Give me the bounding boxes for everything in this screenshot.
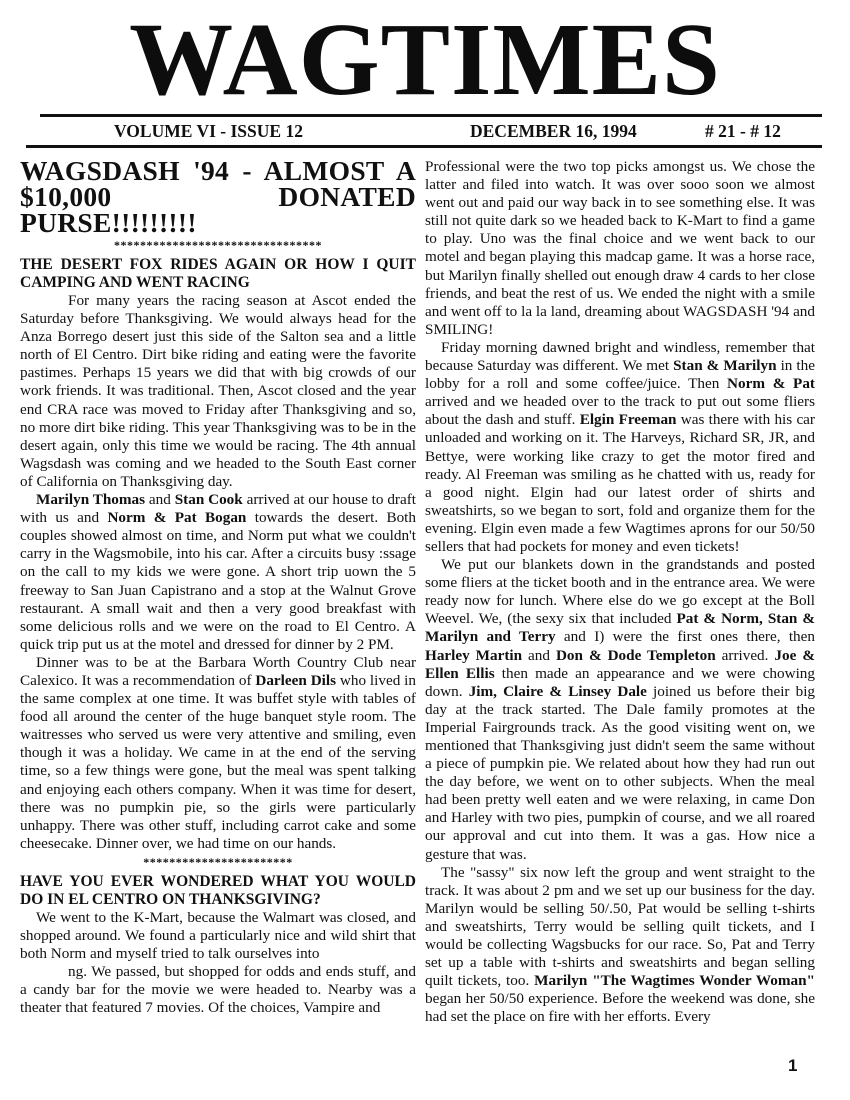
masthead-top-rule: [40, 114, 822, 117]
issue-date: DECEMBER 16, 1994: [470, 120, 637, 142]
person-name: Stan & Marilyn: [673, 357, 776, 374]
article-title: THE DESERT FOX RIDES AGAIN OR HOW I QUIT…: [20, 256, 416, 292]
person-name: Harley Martin: [425, 647, 522, 664]
paragraph: We put our blankets down in the grandsta…: [425, 556, 815, 864]
masthead-bottom-rule: [26, 145, 822, 148]
person-name: Darleen Dils: [255, 672, 336, 689]
article-title-line-2: DO IN EL CENTRO ON THANKSGIVING?: [20, 891, 321, 908]
paragraph: Dinner was to be at the Barbara Worth Co…: [20, 654, 416, 853]
separator-stars: ***********************: [20, 855, 416, 869]
article-title-line-2: CAMPING AND WENT RACING: [20, 274, 250, 291]
article-title: HAVE YOU EVER WONDERED WHAT YOU WOULD DO…: [20, 873, 416, 909]
person-name: Marilyn Thomas: [36, 491, 145, 508]
headline-line-2: $10,000 DONATED PURSE!!!!!!!!!: [20, 181, 416, 238]
person-name: Jim, Claire & Linsey Dale: [469, 683, 647, 700]
left-column: WAGSDASH '94 - ALMOST A $10,000 DONATED …: [20, 152, 416, 1017]
article-title-line-1: THE DESERT FOX RIDES AGAIN OR HOW I QUIT: [20, 256, 416, 274]
paragraph: Professional were the two top picks amon…: [425, 158, 815, 339]
person-name: Norm & Pat: [727, 375, 815, 392]
volume-issue: VOLUME VI - ISSUE 12: [114, 120, 303, 142]
paragraph: ng. We passed, but shopped for odds and …: [20, 963, 416, 1017]
person-name: Stan Cook: [175, 491, 243, 508]
person-name: Elgin Freeman: [580, 411, 677, 428]
masthead-title: WAGTIMES: [0, 8, 850, 112]
paragraph: The "sassy" six now left the group and w…: [425, 864, 815, 1027]
main-headline: WAGSDASH '94 - ALMOST A $10,000 DONATED …: [20, 158, 416, 236]
paragraph: Friday morning dawned bright and windles…: [425, 339, 815, 556]
person-name: Marilyn "The Wagtimes Wonder Woman": [534, 972, 815, 989]
page-number: 1: [788, 1056, 797, 1076]
person-name: Don & Dode Templeton: [556, 647, 716, 664]
paragraph: Marilyn Thomas and Stan Cook arrived at …: [20, 491, 416, 654]
article-title-line-1: HAVE YOU EVER WONDERED WHAT YOU WOULD: [20, 873, 416, 891]
issue-numbers: # 21 - # 12: [705, 120, 781, 142]
person-name: Norm & Pat Bogan: [107, 509, 246, 526]
right-column: Professional were the two top picks amon…: [425, 158, 815, 1027]
paragraph: We went to the K-Mart, because the Walma…: [20, 909, 416, 963]
separator-stars: ********************************: [20, 238, 416, 252]
paragraph: For many years the racing season at Asco…: [20, 292, 416, 491]
